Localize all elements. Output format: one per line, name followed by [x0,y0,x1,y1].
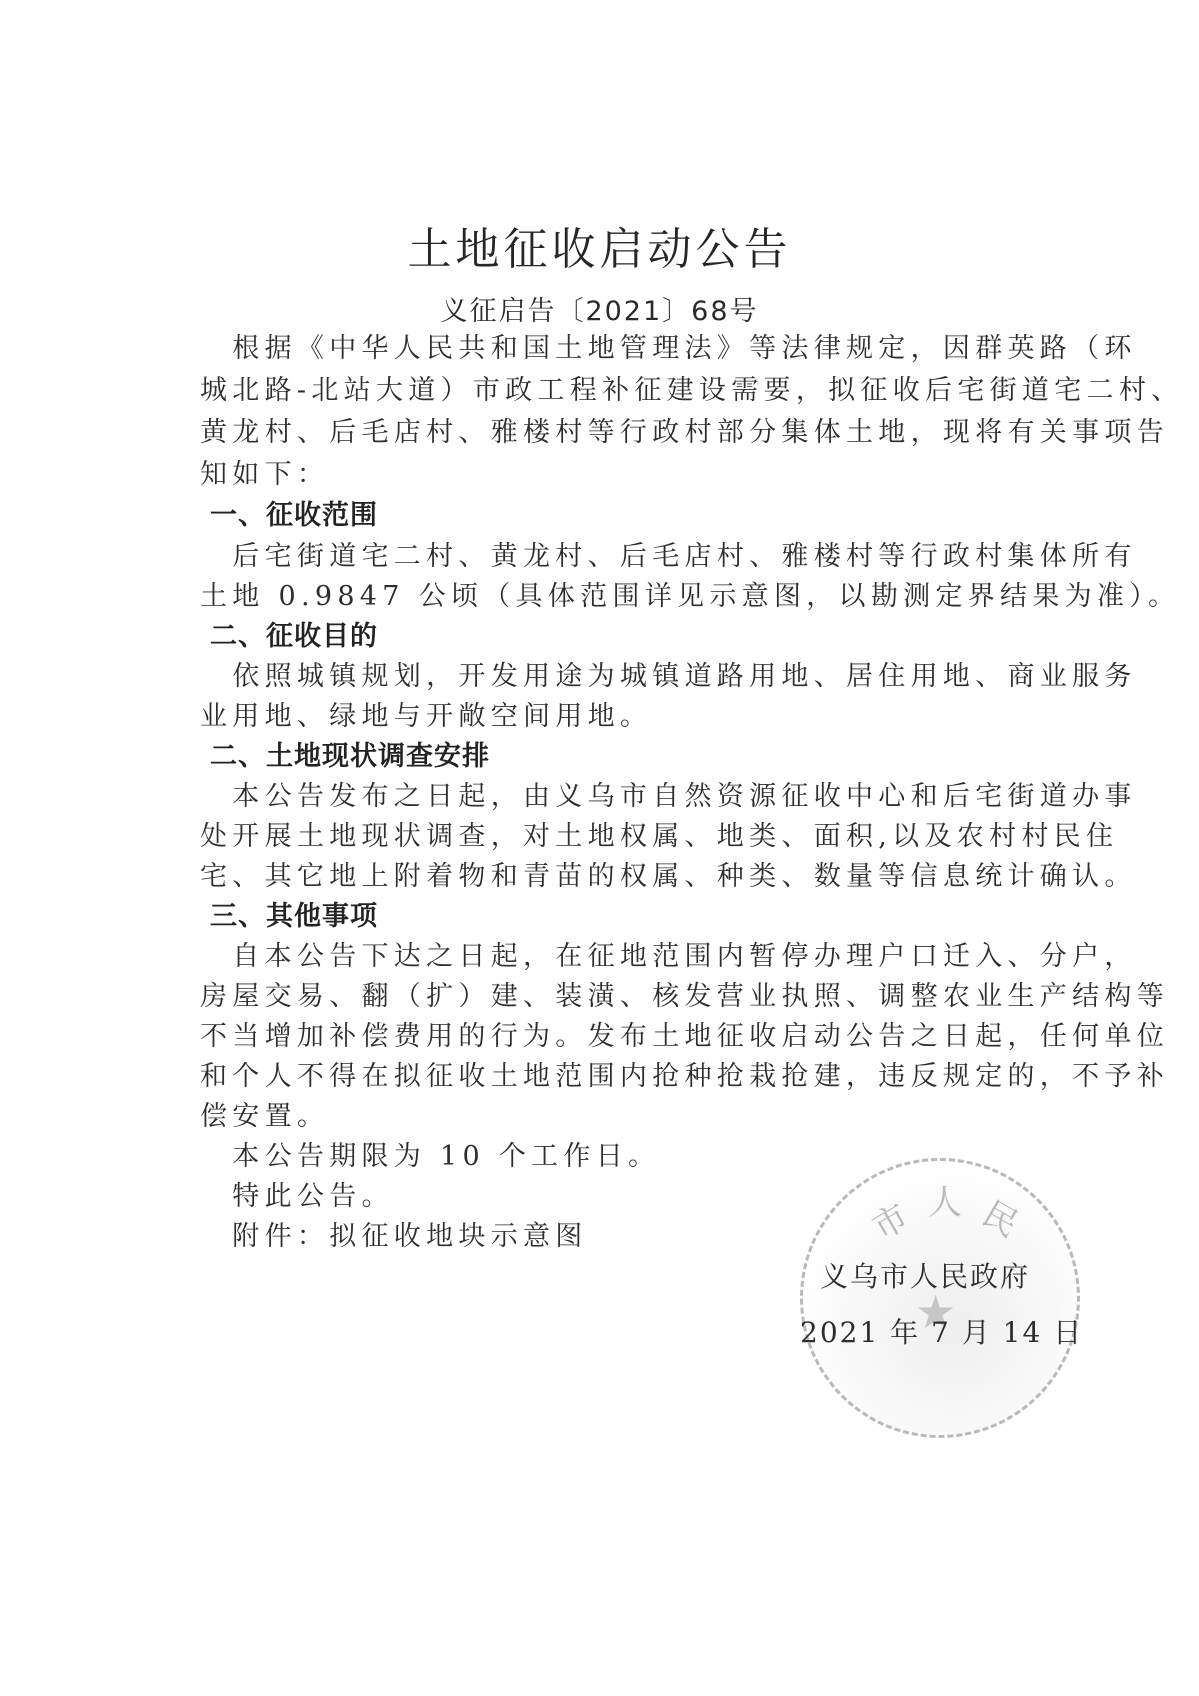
body-line: 土地 0.9847 公顷（具体范围详见示意图，以勘测定界结果为准）。 [200,578,1180,616]
body-line: 本公告发布之日起，由义乌市自然资源征收中心和后宅街道办事 [200,778,1137,816]
body-line: 房屋交易、翻（扩）建、装潢、核发营业执照、调整农业生产结构等 [200,978,1169,1016]
body-line: 依照城镇规划，开发用途为城镇道路用地、居住用地、商业服务 [200,658,1137,696]
closing-line: 特此公告。 [200,1178,394,1216]
notice-period-line: 本公告期限为 10 个工作日。 [200,1138,660,1176]
body-line: 和个人不得在拟征收土地范围内抢种抢栽抢建，违反规定的，不予补 [200,1058,1169,1096]
body-line: 知如下： [200,456,329,494]
body-line: 自本公告下达之日起，在征地范围内暂停办理户口迁入、分户， [200,938,1137,976]
body-line: 后宅街道宅二村、黄龙村、后毛店村、雅楼村等行政村集体所有 [200,538,1137,576]
section-heading-purpose: 二、征收目的 [210,618,378,656]
document-title: 土地征收启动公告 [0,222,1199,278]
issuer-signature: 义乌市人民政府 [820,1258,1030,1296]
body-line: 宅、其它地上附着物和青苗的权属、种类、数量等信息统计确认。 [200,858,1137,896]
body-line: 城北路-北站大道）市政工程补征建设需要，拟征收后宅街道宅二村、 [200,372,1183,410]
body-line: 不当增加补偿费用的行为。发布土地征收启动公告之日起，任何单位 [200,1018,1169,1056]
body-line: 偿安置。 [200,1098,329,1136]
section-heading-scope: 一、征收范围 [210,497,378,535]
section-heading-survey: 二、土地现状调查安排 [210,738,490,776]
issue-date: 2021 年 7 月 14 日 [800,1314,1083,1352]
body-line: 根据《中华人民共和国土地管理法》等法律规定，因群英路（环 [200,330,1137,368]
body-line: 业用地、绿地与开敞空间用地。 [200,698,652,736]
attachment-line: 附件：拟征收地块示意图 [200,1218,588,1256]
body-line: 处开展土地现状调查，对土地权属、地类、面积,以及农村村民住 [200,818,1118,856]
body-line: 黄龙村、后毛店村、雅楼村等行政村部分集体土地，现将有关事项告 [200,414,1169,452]
document-number: 义征启告〔2021〕68号 [0,294,1199,330]
seal-arc-char: 人 [928,1175,962,1224]
document-page: 土地征收启动公告 义征启告〔2021〕68号 根据《中华人民共和国土地管理法》等… [0,0,1199,1696]
section-heading-other: 三、其他事项 [210,898,378,936]
